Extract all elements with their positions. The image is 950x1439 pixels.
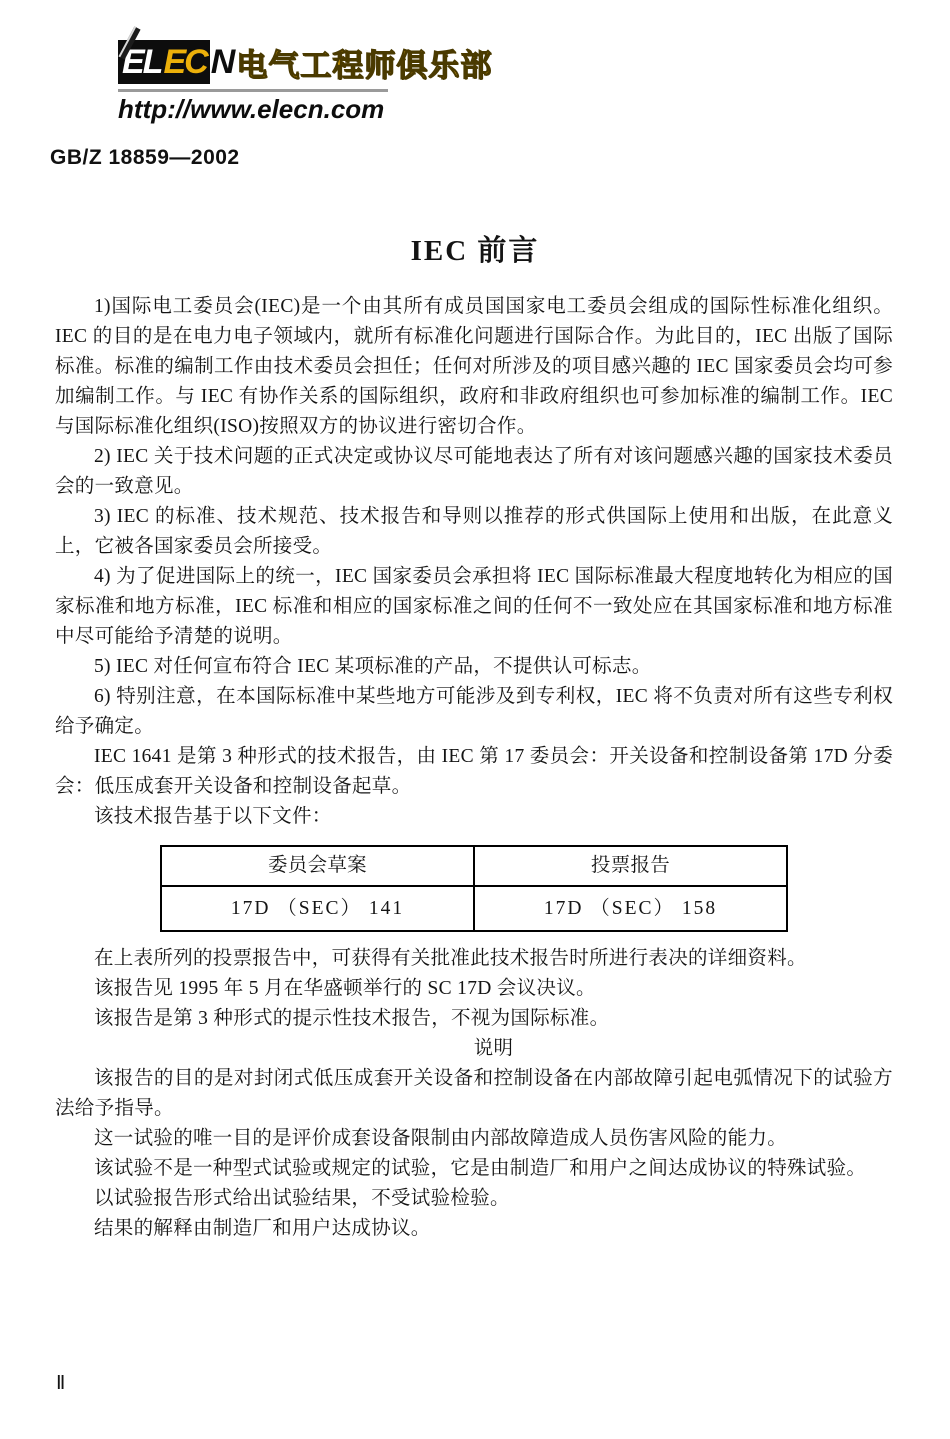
foreword-paragraph: 在上表所列的投票报告中，可获得有关批准此技术报告时所进行表决的详细资料。 bbox=[55, 944, 893, 974]
table-header-row: 委员会草案 投票报告 bbox=[161, 846, 787, 886]
foreword-content: 1)国际电工委员会(IEC)是一个由其所有成员国国家电工委员会组成的国际性标准化… bbox=[55, 292, 893, 1244]
table-header-cell: 投票报告 bbox=[474, 846, 787, 886]
table-header-cell: 委员会草案 bbox=[161, 846, 474, 886]
documents-table: 委员会草案 投票报告 17D （SEC） 141 17D （SEC） 158 bbox=[160, 845, 788, 932]
document-page: EL EC N 电气工程师俱乐部 http://www.elecn.com GB… bbox=[0, 0, 950, 1439]
foreword-paragraph: 3) IEC 的标准、技术规范、技术报告和导则以推荐的形式供国际上使用和出版，在… bbox=[55, 502, 893, 562]
foreword-paragraph: 结果的解释由制造厂和用户达成协议。 bbox=[55, 1214, 893, 1244]
foreword-paragraph: 这一试验的唯一目的是评价成套设备限制由内部故障造成人员伤害风险的能力。 bbox=[55, 1124, 893, 1154]
table-row: 17D （SEC） 141 17D （SEC） 158 bbox=[161, 886, 787, 931]
foreword-paragraph: 该报告的目的是对封闭式低压成套开关设备和控制设备在内部故障引起电弧情况下的试验方… bbox=[55, 1064, 893, 1124]
foreword-paragraph: 以试验报告形式给出试验结果，不受试验检验。 bbox=[55, 1184, 893, 1214]
note-heading: 说明 bbox=[55, 1034, 893, 1064]
foreword-paragraph: 6) 特别注意，在本国际标准中某些地方可能涉及到专利权，IEC 将不负责对所有这… bbox=[55, 682, 893, 742]
logo-letters-ec: EC bbox=[163, 40, 209, 84]
logo-letter-n: N bbox=[210, 40, 235, 84]
foreword-paragraph: 4) 为了促进国际上的统一，IEC 国家委员会承担将 IEC 国际标准最大程度地… bbox=[55, 562, 893, 652]
foreword-paragraph: 该报告见 1995 年 5 月在华盛顿举行的 SC 17D 会议决议。 bbox=[55, 974, 893, 1004]
foreword-paragraph: IEC 1641 是第 3 种形式的技术报告，由 IEC 第 17 委员会：开关… bbox=[55, 742, 893, 802]
site-logo: EL EC N 电气工程师俱乐部 http://www.elecn.com bbox=[118, 36, 418, 125]
foreword-paragraph: 2) IEC 关于技术问题的正式决定或协议尽可能地表达了所有对该问题感兴趣的国家… bbox=[55, 442, 893, 502]
foreword-paragraph: 5) IEC 对任何宣布符合 IEC 某项标准的产品，不提供认可标志。 bbox=[55, 652, 893, 682]
foreword-paragraph: 该报告是第 3 种形式的提示性技术报告，不视为国际标准。 bbox=[55, 1004, 893, 1034]
doc-number: GB/Z 18859—2002 bbox=[50, 146, 240, 170]
table-cell: 17D （SEC） 158 bbox=[474, 886, 787, 931]
foreword-paragraph: 该技术报告基于以下文件： bbox=[55, 802, 893, 832]
logo-divider bbox=[118, 89, 388, 92]
logo-url: http://www.elecn.com bbox=[118, 94, 418, 125]
elecn-logo-mark: EL EC N bbox=[118, 40, 234, 84]
logo-row: EL EC N 电气工程师俱乐部 bbox=[118, 36, 418, 88]
table-cell: 17D （SEC） 141 bbox=[161, 886, 474, 931]
page-title: IEC 前言 bbox=[0, 228, 950, 269]
foreword-paragraph: 该试验不是一种型式试验或规定的试验，它是由制造厂和用户之间达成协议的特殊试验。 bbox=[55, 1154, 893, 1184]
foreword-paragraph: 1)国际电工委员会(IEC)是一个由其所有成员国国家电工委员会组成的国际性标准化… bbox=[55, 292, 893, 442]
page-number: Ⅱ bbox=[56, 1372, 65, 1395]
logo-club-name: 电气工程师俱乐部 bbox=[236, 40, 492, 85]
